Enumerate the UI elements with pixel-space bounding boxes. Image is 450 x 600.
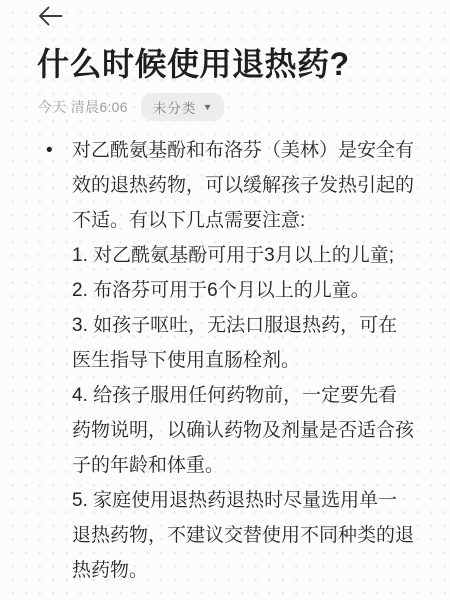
note-paragraph[interactable]: 5. 家庭使用退热药退热时尽量选用单一退热药物，不建议交替使用不同种类的退热药物… (72, 483, 415, 588)
note-paragraph[interactable]: 4. 给孩子服用任何药物前，一定要先看药物说明，以确认药物及剂量是否适合孩子的年… (72, 378, 415, 483)
note-timestamp: 今天 清晨6:06 (38, 97, 128, 117)
note-paragraph[interactable]: 1. 对乙酰氨基酚可用于3月以上的儿童; (72, 238, 415, 273)
note-detail-screen: 什么时候使用退热药? 今天 清晨6:06 未分类 ▼ • 对乙酰氨基酚和布洛芬（… (0, 0, 450, 600)
note-body[interactable]: 对乙酰氨基酚和布洛芬（美林）是安全有效的退热药物，可以缓解孩子发热引起的不适。有… (72, 133, 415, 588)
category-label: 未分类 (153, 97, 197, 117)
back-button[interactable] (37, 3, 67, 29)
arrow-left-icon (37, 5, 63, 27)
category-dropdown[interactable]: 未分类 ▼ (141, 93, 224, 121)
bullet-icon: • (46, 133, 53, 168)
chevron-down-icon: ▼ (203, 103, 213, 112)
note-paragraph[interactable]: 对乙酰氨基酚和布洛芬（美林）是安全有效的退热药物，可以缓解孩子发热引起的不适。有… (72, 133, 415, 238)
note-paragraph[interactable]: 2. 布洛芬可用于6个月以上的儿童。 (72, 273, 415, 308)
note-title[interactable]: 什么时候使用退热药? (37, 44, 427, 84)
note-meta-row: 今天 清晨6:06 未分类 ▼ (38, 93, 224, 121)
note-paragraph[interactable]: 3. 如孩子呕吐，无法口服退热药，可在医生指导下使用直肠栓剂。 (72, 308, 415, 378)
